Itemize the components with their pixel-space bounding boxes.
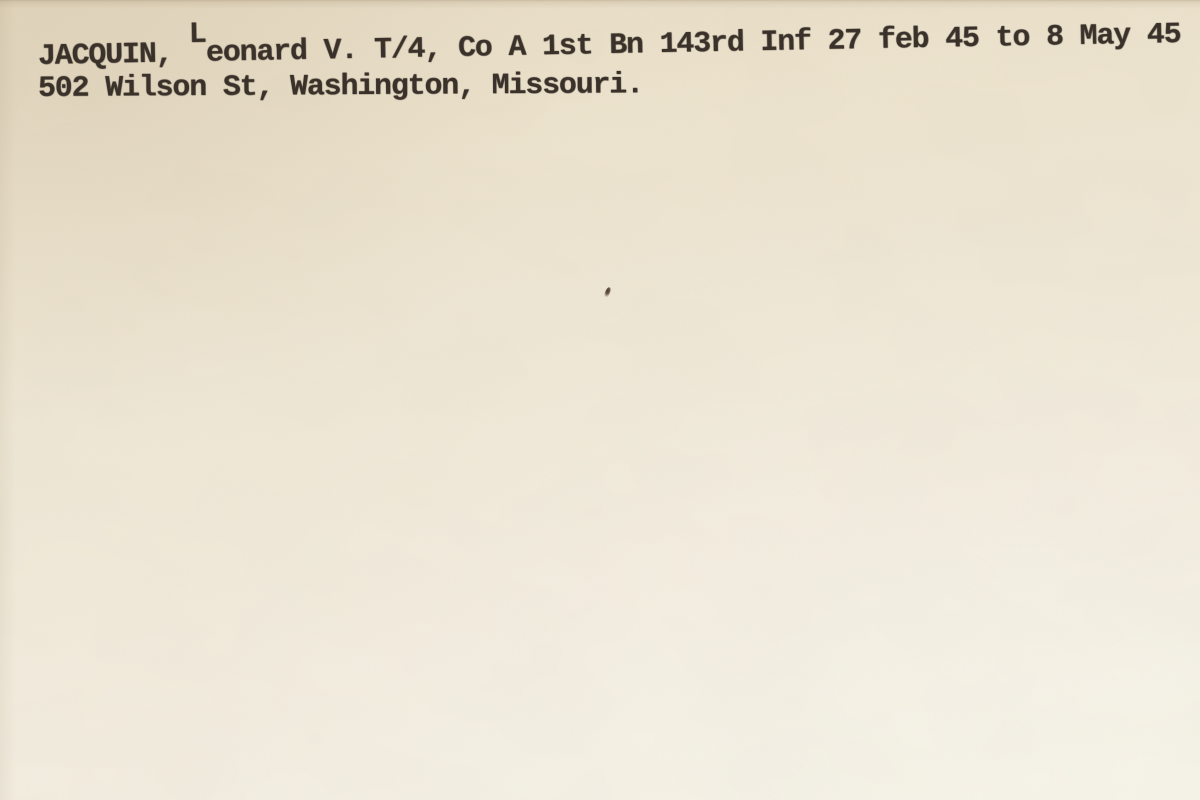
typed-raised-letter: L bbox=[189, 18, 206, 52]
typed-surname: JACQUIN, bbox=[38, 37, 190, 74]
paper-shading bbox=[0, 0, 1200, 800]
typed-line-1: JACQUIN, Leonard V. T/4, Co A 1st Bn 143… bbox=[38, 20, 1181, 72]
typed-line1-remainder: eonard V. T/4, Co A 1st Bn 143rd Inf 27 … bbox=[206, 18, 1181, 71]
typed-line-2: 502 Wilson St, Washington, Missouri. bbox=[38, 70, 643, 104]
index-card: JACQUIN, Leonard V. T/4, Co A 1st Bn 143… bbox=[0, 0, 1200, 800]
ink-speck bbox=[603, 286, 611, 298]
paper-grain-texture bbox=[0, 0, 1200, 800]
